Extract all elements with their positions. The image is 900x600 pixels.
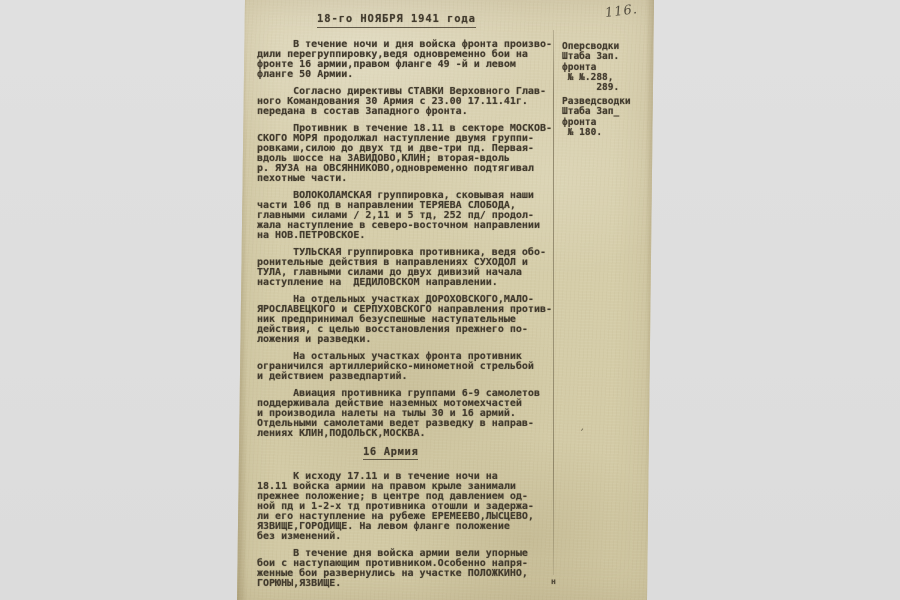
- paragraph-16army-positions: К исходу 17.11 и в течение ночи на 18.11…: [257, 472, 559, 542]
- document-title: 18-го НОЯБРЯ 1941 года: [317, 13, 476, 28]
- paragraph-dorohovo-serpukhov: На отдельных участках ДОРОХОВСКОГО,МАЛО-…: [257, 295, 559, 345]
- paper-left-edge-shadow: [237, 0, 249, 600]
- ink-speck: ’: [576, 427, 585, 438]
- paragraph-volokolamsk-group: ВОЛОКОЛАМСКАЯ группировка, сковывая наши…: [257, 191, 559, 241]
- paragraph-enemy-aviation: Авиация противника группами 6-9 самолето…: [257, 389, 559, 439]
- margin-note-opersvodki: Оперсводки Штаба Зап. фронта № №.288, 28…: [562, 42, 652, 93]
- paragraph-moscow-sea-sector: Противник в течение 18.11 в секторе МОСК…: [257, 124, 559, 184]
- paragraph-tula-group: ТУЛЬСКАЯ группировка противника, ведя об…: [257, 248, 559, 288]
- paragraph-stavka-directive: Согласно директивы СТАВКИ Верховного Гла…: [257, 87, 559, 117]
- paragraph-artillery-fire: На остальных участках фронта противник о…: [257, 352, 559, 382]
- section-heading-16-army: 16 Армия: [363, 447, 418, 460]
- scan-background: 116. 18-го НОЯБРЯ 1941 года Оперсводки Ш…: [0, 0, 900, 600]
- document-page: 116. 18-го НОЯБРЯ 1941 года Оперсводки Ш…: [237, 0, 654, 600]
- corner-mark: н: [551, 577, 556, 586]
- section-heading-wrap: 16 Армия: [363, 447, 559, 460]
- main-text-column: В течение ночи и дня войска фронта произ…: [257, 40, 559, 596]
- handwritten-page-number: 116.: [604, 2, 639, 21]
- paragraph-front-overview: В течение ночи и дня войска фронта произ…: [257, 40, 559, 80]
- margin-note-razvedsvodki: Разведсводки Штаба Зап_ фронта № 180.: [562, 97, 652, 138]
- paragraph-16army-fighting: В течение дня войска армии вели упорные …: [257, 549, 559, 589]
